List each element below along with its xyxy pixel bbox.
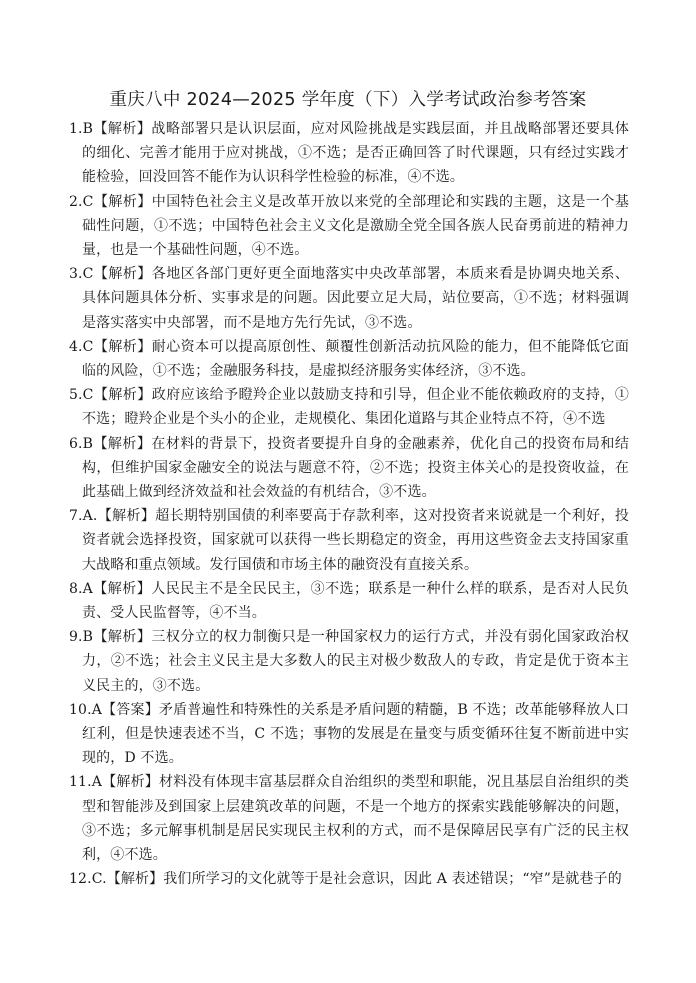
answer-text: 【解析】政府应该给予瞪羚企业以鼓励支持和引导，但企业不能依赖政府的支持，①不选；… bbox=[82, 387, 629, 427]
answer-item-5: 5.C【解析】政府应该给予瞪羚企业以鼓励支持和引导，但企业不能依赖政府的支持，①… bbox=[69, 383, 629, 431]
answer-item-9: 9.B【解析】三权分立的权力制衡只是一种国家权力的运行方式，并没有弱化国家政治权… bbox=[69, 625, 629, 698]
answer-item-7: 7.A.【解析】超长期特别国债的利率要高于存款利率，这对投资者来说就是一个利好，… bbox=[69, 504, 629, 577]
answer-text: 【解析】战略部署只是认识层面，应对风险挑战是实践层面，并且战略部署还要具体的细化… bbox=[82, 121, 629, 185]
answer-number: 3.C bbox=[69, 266, 94, 282]
answer-text: 【解析】材料没有体现丰富基层群众自治组织的类型和职能，况且基层自治组织的类型和智… bbox=[82, 774, 629, 863]
answer-text: 【解析】人民民主不是全民民主，③不选；联系是一种什么样的联系，是否对人民负责、受… bbox=[82, 581, 629, 621]
answer-item-10: 10.A【答案】矛盾普遍性和特殊性的关系是矛盾问题的精髓，B 不选；改革能够释放… bbox=[69, 698, 629, 771]
answer-number: 7.A. bbox=[69, 508, 98, 524]
answer-number: 12.C. bbox=[69, 871, 107, 887]
answer-text: 【解析】三权分立的权力制衡只是一种国家权力的运行方式，并没有弱化国家政治权力，②… bbox=[82, 629, 629, 693]
answer-text: 【解析】超长期特别国债的利率要高于存款利率，这对投资者来说就是一个利好，投资者就… bbox=[82, 508, 629, 572]
answer-number: 1.B bbox=[69, 121, 93, 137]
answer-text: 【答案】矛盾普遍性和特殊性的关系是矛盾问题的精髓，B 不选；改革能够释放人口红利… bbox=[82, 702, 629, 766]
answer-list: 1.B【解析】战略部署只是认识层面，应对风险挑战是实践层面，并且战略部署还要具体… bbox=[69, 117, 629, 892]
answer-number: 6.B bbox=[69, 436, 93, 452]
answer-item-11: 11.A【解析】材料没有体现丰富基层群众自治组织的类型和职能，况且基层自治组织的… bbox=[69, 770, 629, 867]
answer-text: 【解析】耐心资本可以提高原创性、颠覆性创新活动抗风险的能力，但不能降低它面临的风… bbox=[82, 339, 629, 379]
answer-item-6: 6.B【解析】在材料的背景下，投资者要提升自身的金融素养，优化自己的投资布局和结… bbox=[69, 432, 629, 505]
answer-number: 10.A bbox=[69, 702, 102, 718]
answer-text: 【解析】各地区各部门更好更全面地落实中央改革部署，本质来看是协调央地关系、具体问… bbox=[82, 266, 629, 330]
answer-number: 11.A bbox=[69, 774, 102, 790]
answer-number: 9.B bbox=[69, 629, 93, 645]
page-title: 重庆八中 2024—2025 学年度（下）入学考试政治参考答案 bbox=[0, 86, 696, 111]
answer-number: 8.A bbox=[69, 581, 93, 597]
answer-item-3: 3.C【解析】各地区各部门更好更全面地落实中央改革部署，本质来看是协调央地关系、… bbox=[69, 262, 629, 335]
answer-number: 4.C bbox=[69, 339, 94, 355]
answer-text: 【解析】中国特色社会主义是改革开放以来党的全部理论和实践的主题，这是一个基础性问… bbox=[82, 194, 629, 258]
answer-text: 【解析】在材料的背景下，投资者要提升自身的金融素养，优化自己的投资布局和结构，但… bbox=[82, 436, 629, 500]
answer-item-1: 1.B【解析】战略部署只是认识层面，应对风险挑战是实践层面，并且战略部署还要具体… bbox=[69, 117, 629, 190]
answer-number: 5.C bbox=[69, 387, 94, 403]
answer-item-2: 2.C【解析】中国特色社会主义是改革开放以来党的全部理论和实践的主题，这是一个基… bbox=[69, 190, 629, 263]
answer-number: 2.C bbox=[69, 194, 94, 210]
answer-text: 【解析】我们所学习的文化就等于是社会意识，因此 A 表述错误；“窄”是就巷子的 bbox=[107, 871, 622, 887]
answer-item-12: 12.C.【解析】我们所学习的文化就等于是社会意识，因此 A 表述错误；“窄”是… bbox=[69, 867, 629, 891]
answer-item-8: 8.A【解析】人民民主不是全民民主，③不选；联系是一种什么样的联系，是否对人民负… bbox=[69, 577, 629, 625]
answer-item-4: 4.C【解析】耐心资本可以提高原创性、颠覆性创新活动抗风险的能力，但不能降低它面… bbox=[69, 335, 629, 383]
